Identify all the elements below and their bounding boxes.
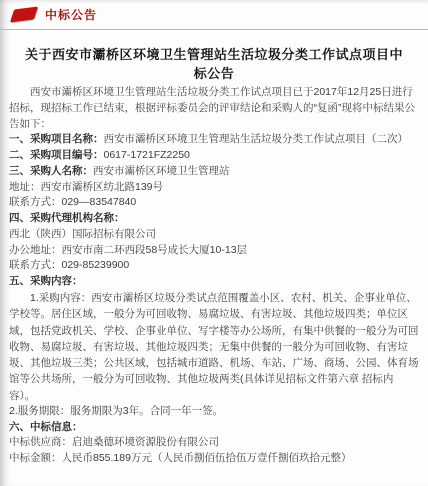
page-title: 关于西安市灞桥区环境卫生管理站生活垃圾分类工作试点项目中标公告 <box>22 46 406 84</box>
award-section-line: 六、中标信息： <box>9 420 419 436</box>
award-amount-line: 中标金额：人民币855.189万元（人民币捌佰伍拾伍万壹仟捌佰玖拾元整） <box>9 451 419 467</box>
purchaser-line: 三、采购人名称：西安市灞桥区环境卫生管理站 <box>9 164 419 180</box>
flag-icon <box>10 7 38 23</box>
project-name-label: 一、采购项目名称： <box>9 133 104 145</box>
procurement-content-paragraph: 1.采购内容：西安市灞桥区垃圾分类试点范围覆盖小区、农村、机关、企事业单位、学校… <box>9 290 419 404</box>
service-term-line: 2.服务期限：服务期限为3年。合同一年一签。 <box>9 404 419 420</box>
purchaser-label: 三、采购人名称： <box>9 165 93 177</box>
project-number-label: 二、采购项目编号： <box>9 149 104 161</box>
intro-paragraph: 西安市灞桥区环境卫生管理站生活垃圾分类工作试点项目已于2017年12月25日进行… <box>9 84 419 133</box>
content-section-label: 五、采购内容： <box>9 275 83 287</box>
agency-office-line: 办公地址：西安市南二环西段58号成长大厦10-13层 <box>9 243 419 259</box>
agency-company-line: 西北（陕西）国际招标有限公司 <box>9 227 419 243</box>
header-divider <box>0 29 428 30</box>
announcement-body: 西安市灞桥区环境卫生管理站生活垃圾分类工作试点项目已于2017年12月25日进行… <box>0 84 428 467</box>
agency-section-line: 四、采购代理机构名称： <box>9 211 419 227</box>
award-supplier-line: 中标供应商：启迪桑德环境资源股份有限公司 <box>9 435 419 451</box>
purchaser-contact-line: 联系方式：029—83547840 <box>9 195 419 211</box>
announcement-page: 中标公告 关于西安市灞桥区环境卫生管理站生活垃圾分类工作试点项目中标公告 西安市… <box>0 0 428 486</box>
project-name-value: 西安市灞桥区环境卫生管理站生活垃圾分类工作试点项目（二次） <box>104 133 409 145</box>
purchaser-address-line: 地址：西安市灞桥区纺北路139号 <box>9 180 419 196</box>
project-name-line: 一、采购项目名称：西安市灞桥区环境卫生管理站生活垃圾分类工作试点项目（二次） <box>9 132 419 148</box>
award-section-label: 六、中标信息： <box>9 421 83 433</box>
project-number-line: 二、采购项目编号：0617-1721FZ2250 <box>9 148 419 164</box>
category-banner: 中标公告 <box>0 0 428 26</box>
purchaser-value: 西安市灞桥区环境卫生管理站 <box>93 165 230 177</box>
content-section-line: 五、采购内容： <box>9 274 419 290</box>
category-label: 中标公告 <box>45 6 97 23</box>
project-number-value: 0617-1721FZ2250 <box>104 149 190 161</box>
agency-label: 四、采购代理机构名称： <box>9 212 125 224</box>
agency-contact-line: 联系方式：029-85239900 <box>9 258 419 274</box>
